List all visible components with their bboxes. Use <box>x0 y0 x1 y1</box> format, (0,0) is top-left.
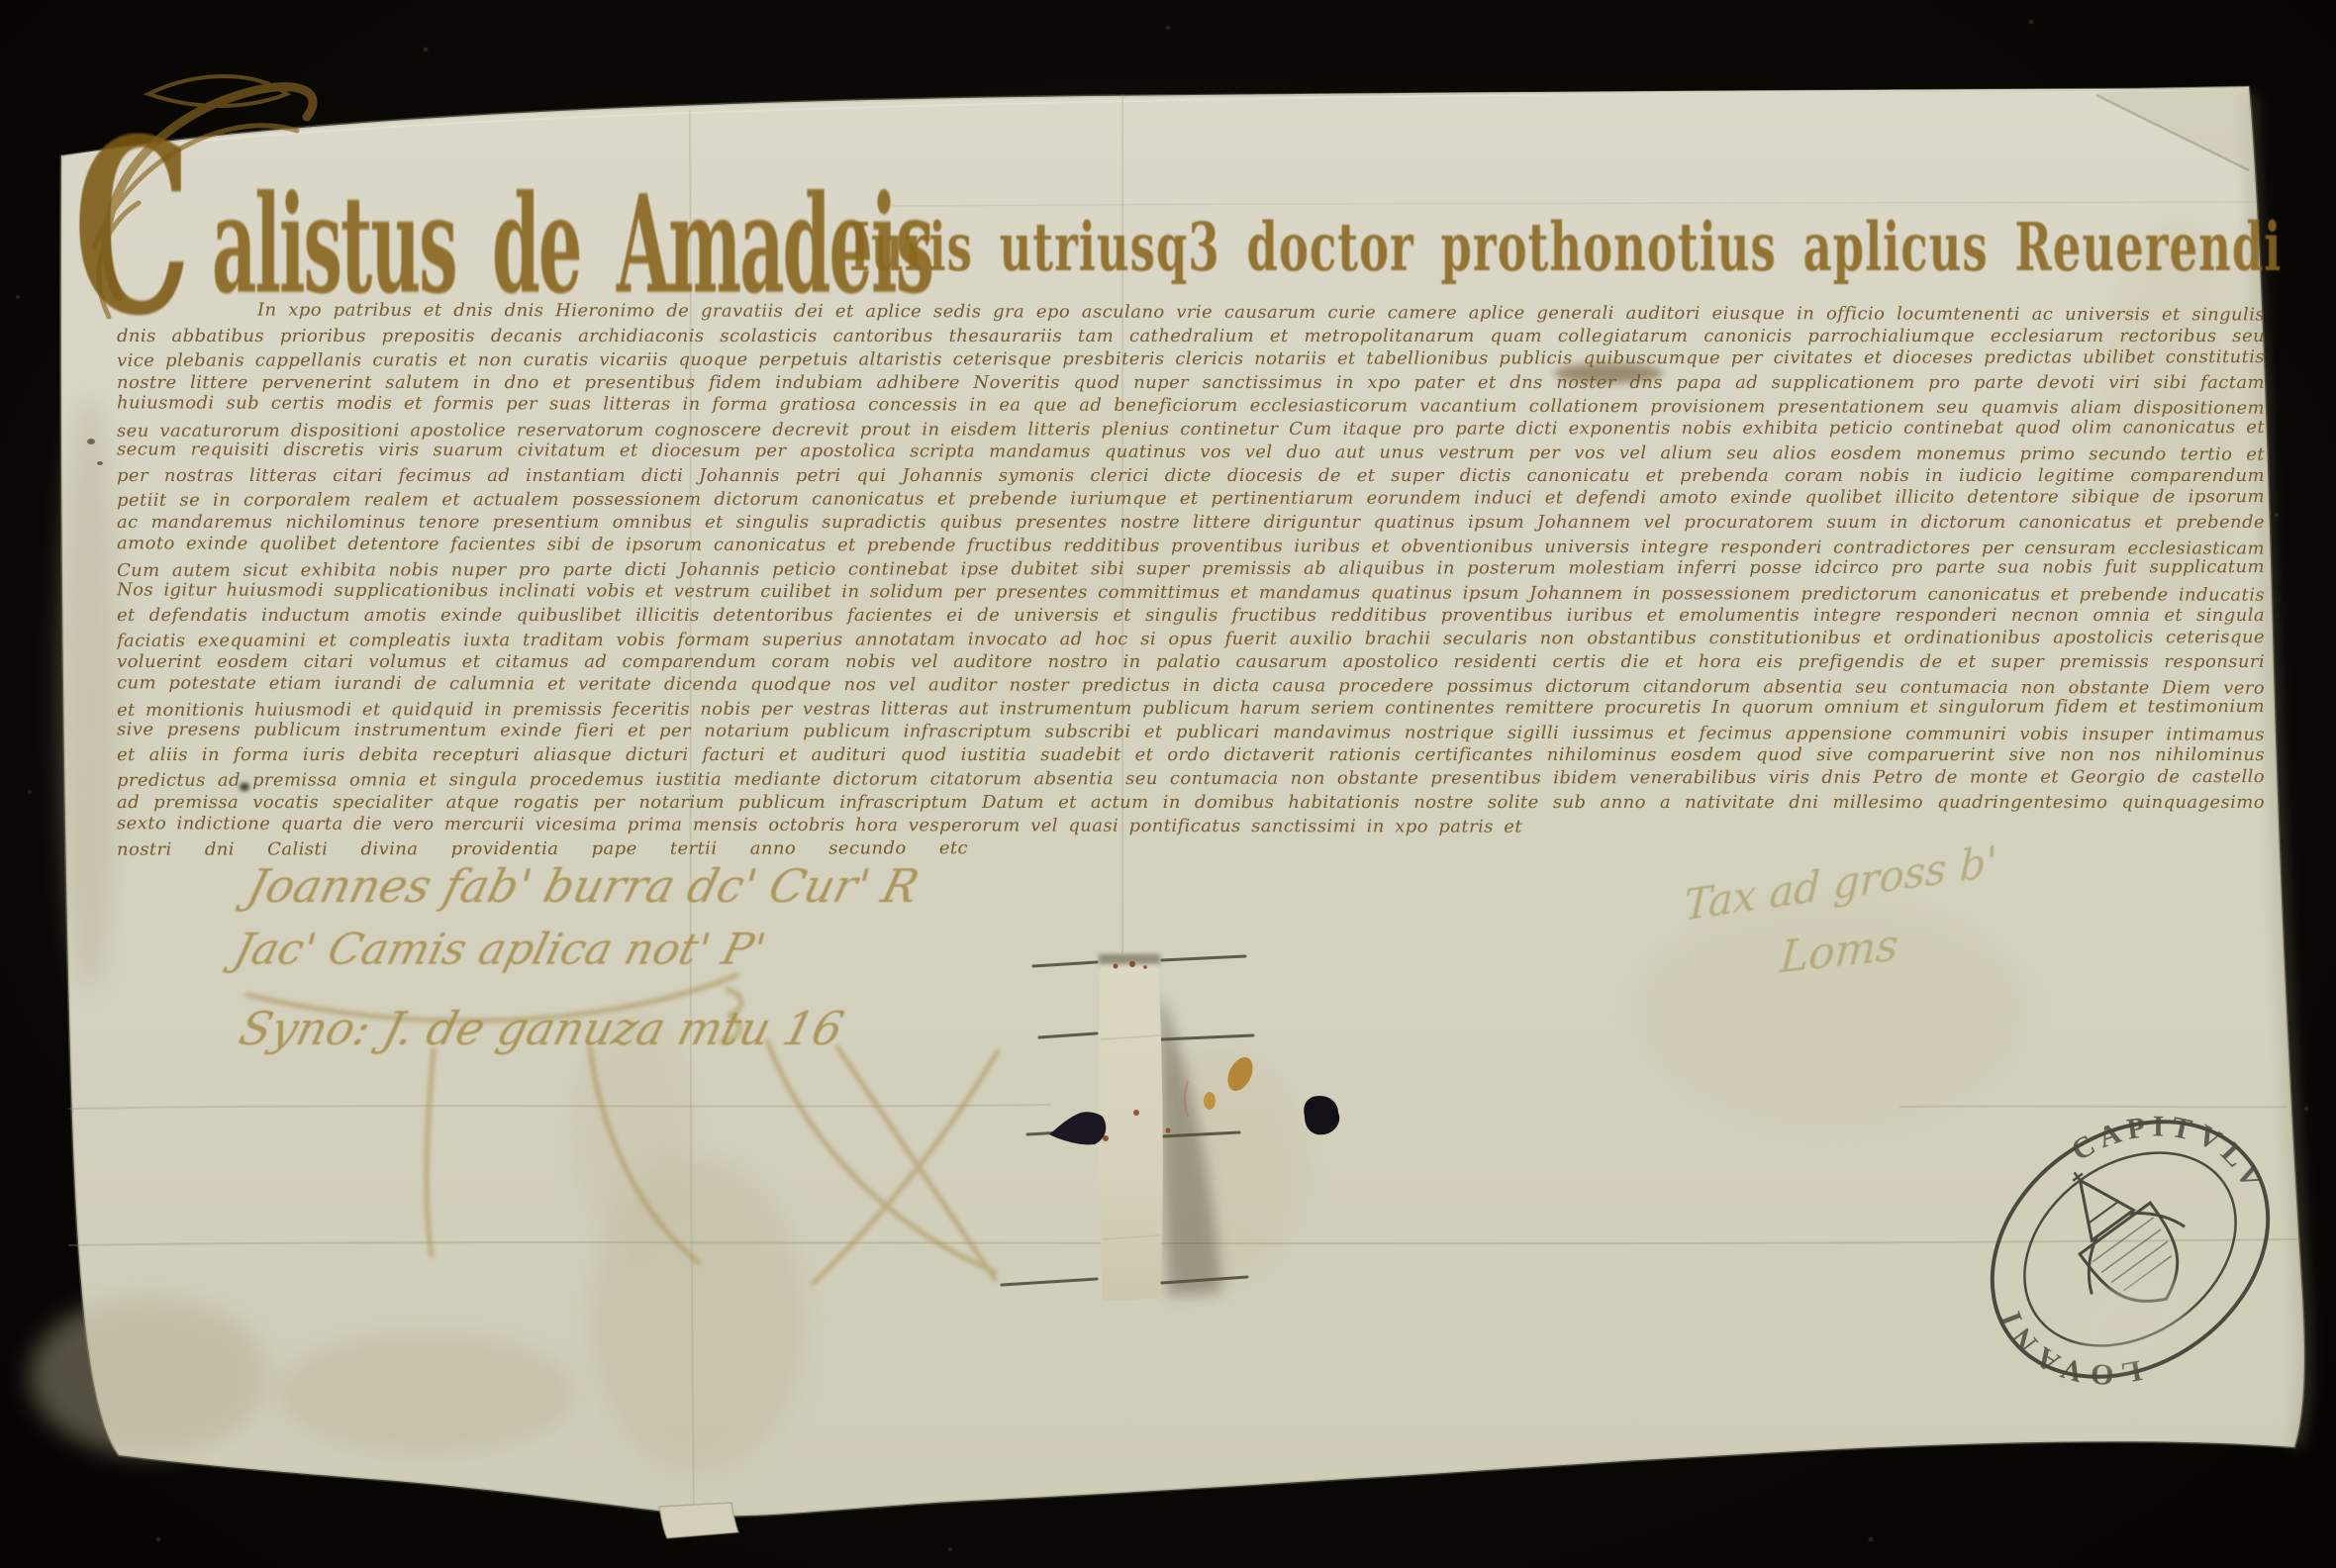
notary-signature-line2: Jac' Camis aplica not' P' <box>229 925 770 975</box>
registration-note: Syno: J. de ganuza mtu 16 <box>235 1002 849 1055</box>
photograph-of-parchment-charter: LOVANIENSE CAPITVLVM C alistus de Amadei… <box>0 0 2336 1568</box>
body-text-block: In xpo patribus et dnis dnis Hieronimo d… <box>0 0 2336 1568</box>
notary-signature-line1: Joannes fab' burra dc' Cur' R <box>243 859 925 913</box>
